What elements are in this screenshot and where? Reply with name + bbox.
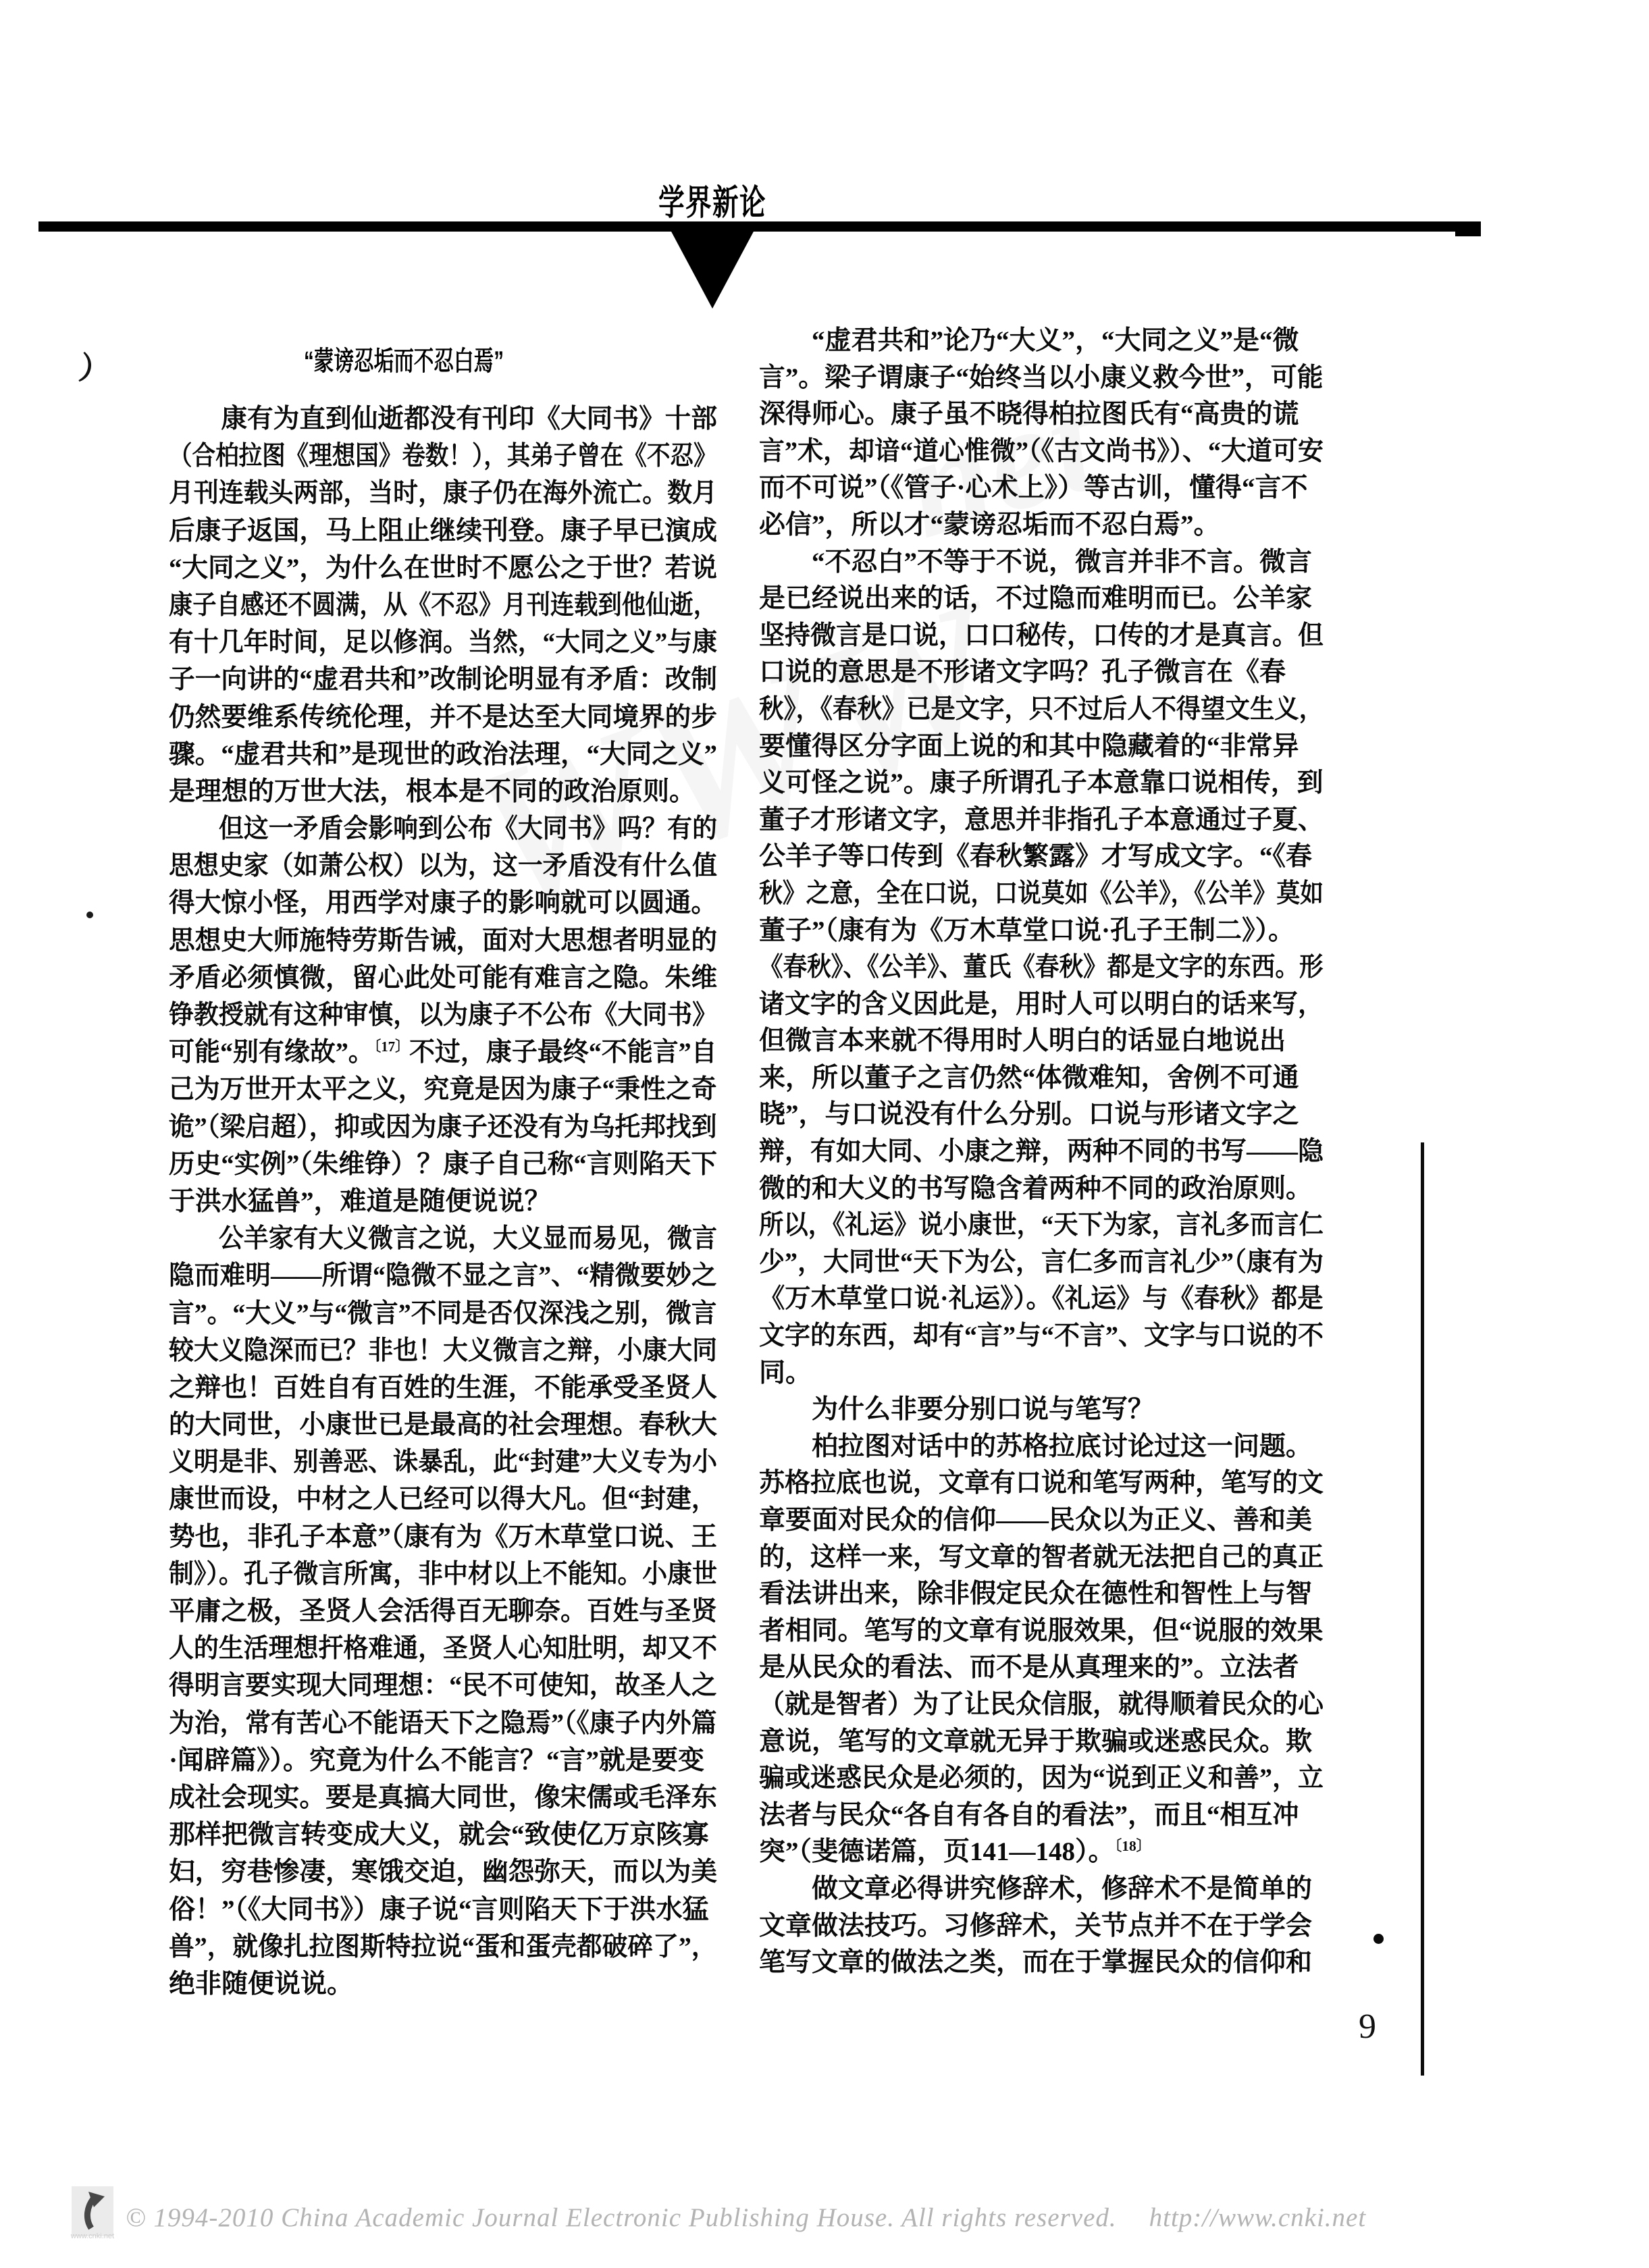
text-line: 晓”，与口说没有什么分别。口说与形诸文字之 [759,1097,1324,1134]
text-line: 公羊家有大义微言之说，大义显而易见，微言 [169,1220,687,1257]
text-line: 之辩也！百姓自有百姓的生涯，不能承受圣贤人 [169,1369,712,1406]
text-line: 的，这样一来，写文章的智者就无法把自己的真正 [759,1539,1309,1577]
text-line: 而不可说”（《管子·心术上》）等古训，懂得“言不 [759,470,1324,507]
margin-speck [86,912,93,918]
ink-speck [1373,1934,1384,1944]
text-line: 意说，笔写的文章就无异于欺骗或迷惑民众。欺 [759,1724,1324,1761]
text-line: 得明言要实现大同理想：“民不可使知，故圣人之 [169,1667,700,1704]
text-line: 言”。“大义”与“微言”不同是否仅深浅之别，微言 [169,1295,700,1332]
text-line: 诡”（梁启超），抑或因为康子还没有为乌托邦找到 [169,1109,700,1146]
copyright-text: © 1994-2010 China Academic Journal Elect… [126,2203,1117,2232]
text-line: 历史“实例”（朱维铮）？康子自己称“言则陷天下 [169,1146,712,1183]
text-line: 后康子返国，马上阻止继续刊登。康子早已演成 [169,512,712,550]
text-line: “虚君共和”论乃“大义”，“大同之义”是“微 [759,323,1324,360]
text-line: 文章做法技巧。习修辞术，关节点并不在于学会 [759,1908,1324,1945]
text-line: 矛盾必须慎微，留心此处可能有难言之隐。朱维 [169,959,712,997]
text-line: 月刊连载头两部，当时，康子仍在海外流亡。数月 [169,475,687,512]
text-line: 少”，大同世“天下为公，言仁多而言礼少”（康有为 [759,1244,1309,1282]
text-line: 人的生活理想扞格难通，圣贤人心知肚明，却又不 [169,1630,687,1667]
text-line: 所以，《礼运》说小康世，“天下为家，言礼多而言仁 [759,1207,1285,1244]
text-line: 可能“别有缘故”。〔17〕不过，康子最终“不能言”自 [169,1034,703,1071]
text-line: 为什么非要分别口说与笔写？ [759,1392,1324,1429]
page-number: 9 [1359,2007,1376,2047]
text-line: 成社会现实。要是真搞大同世，像宋儒或毛泽东 [169,1779,712,1816]
text-line: 骗或迷惑民众是必须的，因为“说到正义和善”，立 [759,1760,1309,1797]
header-rule [38,221,1481,232]
text-line: 秋》，《春秋》已是文字，只不过后人不得望文生义， [759,691,1285,729]
text-line: 《春秋》、《公羊》、董氏《春秋》都是文字的东西。形 [759,949,1274,986]
text-line: 口说的意思是不形诸文字吗？孔子微言在《春 [759,654,1324,691]
text-line: 同。 [759,1355,1324,1392]
text-line: 康有为直到仙逝都没有刊印《大同书》十部 [169,400,712,438]
section-heading: “蒙谤忍垢而不忍白焉” [304,340,504,378]
cnki-logo-caption: www.cnki.net [69,2232,116,2240]
left-text-column: 康有为直到仙逝都没有刊印《大同书》十部（合柏拉图《理想国》卷数！），其弟子曾在《… [169,400,717,2003]
text-line: 微的和大义的书写隐含着两种不同的政治原则。 [759,1171,1324,1208]
text-line: 辩，有如大同、小康之辩，两种不同的书写——隐 [759,1134,1309,1171]
text-line: “不忍白”不等于不说，微言并非不言。微言 [759,544,1324,581]
text-line: 势也，非孔子本意”（康有为《万木草堂口说、王 [169,1519,712,1556]
text-line: 康子自感还不圆满，从《不忍》月刊连载到他仙逝， [169,587,665,624]
page-edge-line [1421,1142,1424,2076]
text-line: 言”术，却谙“道心惟微”（《古文尚书》）、“大道可安 [759,433,1309,471]
text-line: 突”（斐德诺篇，页141—148）。〔18〕 [759,1834,1324,1871]
text-line: 隐而难明——所谓“隐微不显之言”、“精微要妙之 [169,1257,700,1294]
journal-section-title: 学界新论 [658,174,766,225]
text-line: 要懂得区分字面上说的和其中隐藏着的“非常异 [759,729,1324,766]
text-line: 制》）。孔子微言所寓，非中材以上不能知。小康世 [169,1556,687,1593]
text-line: 俗！”（《大同书》）康子说“言则陷天下于洪水猛 [169,1891,717,1928]
text-line: 有十几年时间，足以修润。当然，“大同之义”与康 [169,624,687,661]
footer-url: http://www.cnki.net [1149,2203,1367,2232]
text-line: 康世而设，中材之人已经可以得大凡。但“封建， [169,1481,700,1518]
text-line: 较大义隐深而已？非也！大义微言之辩，小康大同 [169,1332,687,1369]
text-line: 者相同。笔写的文章有说服效果，但“说服的效果 [759,1613,1321,1650]
text-line: 子一向讲的“虚君共和”改制论明显有矛盾：改制 [169,661,712,698]
text-line: 看法讲出来，除非假定民众在德性和智性上与智 [759,1576,1324,1613]
text-line: 是从民众的看法、而不是从真理来的”。立法者 [759,1650,1324,1687]
triangle-marker-icon [671,230,754,309]
text-line: （就是智者）为了让民众信服，就得顺着民众的心 [759,1687,1309,1724]
text-line: 做文章必得讲究修辞术，修辞术不是简单的 [759,1871,1324,1908]
text-line: 于洪水猛兽”，难道是随便说说？ [169,1183,717,1220]
text-line: 义明是非、别善恶、诛暴乱，此“封建”大义专为小 [169,1444,687,1481]
text-line: 的大同世，小康世已是最高的社会理想。春秋大 [169,1406,712,1444]
text-line: 是已经说出来的话，不过隐而难明而已。公羊家 [759,581,1324,618]
text-line: 董子”（康有为《万木草堂口说·孔子王制二》）。 [759,913,1324,950]
text-line: 为治，常有苦心不能语天下之隐焉”（《康子内外篇 [169,1705,700,1742]
text-line: 平庸之极，圣贤人会活得百无聊奈。百姓与圣贤 [169,1593,712,1630]
text-line: 来，所以董子之言仍然“体微难知，舍例不可通 [759,1060,1324,1097]
text-line: 但微言本来就不得用时人明白的话显白地说出 [759,1023,1324,1060]
text-line: 言”。梁子谓康子“始终当以小康义救今世”，可能 [759,360,1321,397]
cnki-logo-icon [72,2186,113,2236]
text-line: 笔写文章的做法之类，而在于掌握民众的信仰和 [759,1945,1324,1982]
text-line: 妇，穷巷惨凄，寒饿交迫，幽怨弥天，而以为美 [169,1853,712,1891]
text-line: 思想史大师施特劳斯告诫，面对大思想者明显的 [169,922,712,959]
scanned-journal-page: WWW net 学界新论 “蒙谤忍垢而不忍白焉” 康有为直到仙逝都没有刊印《大同… [0,0,1649,2268]
header-rule-step [1455,230,1481,236]
right-text-column: “虚君共和”论乃“大义”，“大同之义”是“微言”。梁子谓康子“始终当以小康义救今… [759,323,1324,1982]
text-line: 必信”，所以才“蒙谤忍垢而不忍白焉”。 [759,507,1324,544]
text-line: 董子才形诸文字，意思并非指孔子本意通过子夏、 [759,802,1309,839]
margin-mark: ） [76,344,115,393]
text-line: 深得师心。康子虽不晓得柏拉图氏有“高贵的谎 [759,396,1324,433]
text-line: ·闻辟篇》）。究竟为什么不能言？“言”就是要变 [169,1742,717,1779]
text-line: 思想史家（如萧公权）以为，这一矛盾没有什么值 [169,847,687,885]
text-line: 《万木草堂口说·礼运》）。《礼运》与《春秋》都是 [759,1281,1313,1318]
text-line: 己为万世开太平之义，究竟是因为康子“秉性之奇 [169,1071,700,1108]
text-line: 是理想的万世大法，根本是不同的政治原则。 [169,773,717,810]
text-line: 公羊子等口传到《春秋繁露》才写成文字。“《春 [759,839,1324,876]
text-line: 但这一矛盾会影响到公布《大同书》吗？有的 [169,810,687,847]
text-line: 绝非随便说说。 [169,1966,717,2003]
text-line: 仍然要维系传统伦理，并不是达至大同境界的步 [169,699,712,736]
text-line: （合柏拉图《理想国》卷数！），其弟子曾在《不忍》 [169,438,654,475]
text-line: 章要面对民众的信仰——民众以为正义、善和美 [759,1502,1324,1539]
text-line: 那样把微言转变成大义，就会“致使亿万京陔寡 [169,1816,717,1853]
text-line: 兽”，就像扎拉图斯特拉说“蛋和蛋壳都破碎了”， [169,1928,700,1966]
text-line: “大同之义”，为什么在世时不愿公之于世？若说 [169,550,712,587]
text-line: 铮教授就有这种审慎，以为康子不公布《大同书》 [169,997,687,1034]
text-line: 骤。“虚君共和”是现世的政治法理，“大同之义” [169,736,712,773]
text-line: 文字的东西，却有“言”与“不言”、文字与口说的不 [759,1318,1309,1355]
text-line: 诸文字的含义因此是，用时人可以明白的话来写， [759,986,1309,1024]
text-line: 坚持微言是口说，口口秘传，口传的才是真言。但 [759,618,1309,655]
footer-copyright-line: © 1994-2010 China Academic Journal Elect… [126,2203,1366,2233]
text-line: 柏拉图对话中的苏格拉底讨论过这一问题。 [759,1429,1324,1466]
text-line: 得大惊小怪，用西学对康子的影响就可以圆通。 [169,885,712,922]
text-line: 法者与民众“各自有各自的看法”，而且“相互冲 [759,1797,1324,1835]
text-line: 苏格拉底也说，文章有口说和笔写两种，笔写的文 [759,1465,1309,1502]
text-line: 义可怪之说”。康子所谓孔子本意靠口说相传，到 [759,765,1321,802]
text-line: 秋》之意，全在口说，口说莫如《公羊》，《公羊》莫如 [759,876,1263,913]
